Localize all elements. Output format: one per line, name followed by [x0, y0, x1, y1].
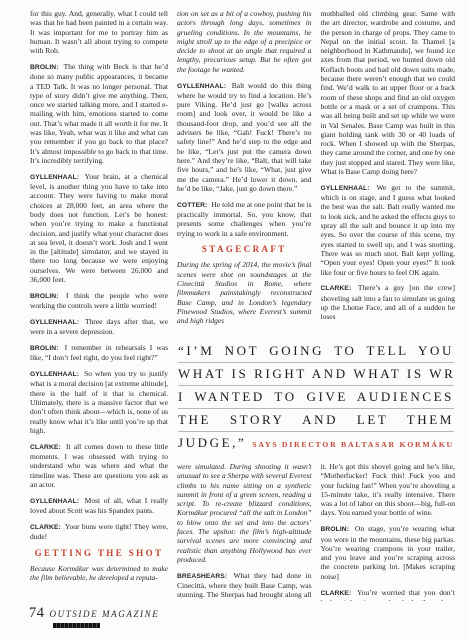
- narration-paragraph: During the spring of 2014, the movie’s f…: [177, 260, 312, 325]
- narration-paragraph: tion on set as a bit of a cowboy, pushin…: [177, 9, 312, 74]
- dialogue-paragraph: COTTER: He told me at one point that he …: [177, 200, 312, 238]
- row-below-quote: were simulated. During shooting it wasn’…: [177, 462, 455, 601]
- dialogue-text: The thing with Beck is that he’d done so…: [30, 62, 168, 165]
- speaker-label: GYLLENHAAL:: [177, 83, 228, 90]
- pull-quote-line: THE STORY AND LET THEM: [178, 413, 454, 432]
- column-left: for this guy. And, generally, what I cou…: [30, 9, 168, 601]
- article-columns: for this guy. And, generally, what I cou…: [30, 9, 455, 601]
- narration-paragraph: Because Kormákur was determined to make …: [30, 564, 168, 583]
- speaker-label: BROLIN:: [30, 64, 61, 71]
- dialogue-paragraph: BREASHEARS: What they had done in Cineci…: [177, 571, 312, 601]
- quote-attribution: SAYS DIRECTOR BALTASAR KORMÁKUR.: [252, 440, 454, 449]
- dialogue-paragraph: CLARKE: There’s a guy [on the crew] shov…: [321, 283, 456, 321]
- dialogue-paragraph: GYLLENHAAL: So when you try to justify w…: [30, 369, 168, 435]
- paragraph-continuation: mothballed old climbing gear. Same with …: [321, 9, 456, 176]
- dialogue-paragraph: CLARKE: You’re worried that you don’t lo…: [321, 588, 456, 601]
- magazine-page: for this guy. And, generally, what I cou…: [0, 0, 470, 640]
- speaker-label: GYLLENHAAL:: [321, 185, 372, 192]
- section-heading-getting-the-shot: GETTING THE SHOT: [30, 548, 168, 558]
- dialogue-paragraph: CLARKE: It all comes down to these littl…: [30, 442, 168, 489]
- website-badge: [53, 623, 100, 628]
- speaker-label: CLARKE:: [30, 444, 63, 451]
- speaker-label: GYLLENHAAL:: [30, 498, 81, 505]
- dialogue-paragraph: BROLIN: On stage, you’re wearing what yo…: [321, 524, 456, 581]
- dialogue-paragraph: GYLLENHAAL: Three days after that, we we…: [30, 317, 168, 337]
- speaker-label: CLARKE:: [30, 524, 63, 531]
- pull-quote: “I’M NOT GOING TO TELL YOU WHAT IS RIGHT…: [178, 344, 454, 456]
- magazine-title: OUTSIDE MAGAZINE: [50, 609, 160, 619]
- dialogue-paragraph: BROLIN: The thing with Beck is that he’d…: [30, 62, 168, 165]
- dialogue-paragraph: BROLIN: I think the people who were work…: [30, 291, 168, 311]
- speaker-label: GYLLENHAAL:: [30, 174, 81, 181]
- dialogue-text: So when you try to justify what is a mor…: [30, 369, 168, 435]
- speaker-label: BROLIN:: [30, 345, 61, 352]
- dialogue-text: Your brain, at a chemical level, is anot…: [30, 172, 168, 284]
- pull-quote-line: “I’M NOT GOING TO TELL YOU: [178, 344, 454, 363]
- speaker-label: CLARKE:: [321, 285, 354, 292]
- page-footer: 74 OUTSIDE MAGAZINE: [29, 605, 159, 628]
- page-number: 74: [29, 605, 45, 622]
- dialogue-text: We get to the summit, which is on stage,…: [321, 183, 456, 277]
- dialogue-paragraph: GYLLENHAAL: We get to the summit, which …: [321, 183, 456, 277]
- column-right-top: mothballed old climbing gear. Same with …: [321, 9, 456, 335]
- speaker-label: COTTER:: [177, 202, 209, 209]
- speaker-label: CLARKE:: [321, 590, 354, 597]
- paragraph-continuation: for this guy. And, generally, what I cou…: [30, 9, 168, 55]
- dialogue-text: Balt would do this thing where he would …: [177, 81, 312, 193]
- dialogue-paragraph: GYLLENHAAL: Most of all, what I really l…: [30, 496, 168, 516]
- pull-quote-line: WHAT IS RIGHT AND WHAT IS WRONG.: [178, 367, 454, 386]
- dialogue-paragraph: BROLIN: I remember in rehearsals I was l…: [30, 343, 168, 363]
- column-right-bottom: it. He’s got this shovel going and he’s …: [321, 462, 456, 601]
- column-center-bottom: were simulated. During shooting it wasn’…: [177, 462, 312, 601]
- paragraph-continuation: it. He’s got this shovel going and he’s …: [321, 462, 456, 518]
- pull-quote-line: I WANTED TO GIVE AUDIENCES: [178, 390, 454, 409]
- dialogue-paragraph: CLARKE: Your buns were tight! They were,…: [30, 522, 168, 542]
- section-heading-stagecraft: STAGECRAFT: [177, 244, 312, 254]
- speaker-label: GYLLENHAAL:: [30, 319, 81, 326]
- columns-center-right: tion on set as a bit of a cowboy, pushin…: [177, 9, 455, 601]
- row-above-quote: tion on set as a bit of a cowboy, pushin…: [177, 9, 455, 335]
- speaker-label: BREASHEARS:: [177, 573, 229, 580]
- column-center-top: tion on set as a bit of a cowboy, pushin…: [177, 9, 312, 335]
- pull-quote-end: JUDGE,”: [178, 436, 246, 450]
- speaker-label: BROLIN:: [321, 526, 352, 533]
- dialogue-paragraph: GYLLENHAAL: Balt would do this thing whe…: [177, 81, 312, 194]
- pull-quote-attribution-line: JUDGE,” SAYS DIRECTOR BALTASAR KORMÁKUR.: [178, 436, 454, 456]
- speaker-label: BROLIN:: [30, 293, 61, 300]
- narration-paragraph: were simulated. During shooting it wasn’…: [177, 462, 312, 564]
- speaker-label: GYLLENHAAL:: [30, 371, 81, 378]
- dialogue-paragraph: GYLLENHAAL: Your brain, at a chemical le…: [30, 172, 168, 285]
